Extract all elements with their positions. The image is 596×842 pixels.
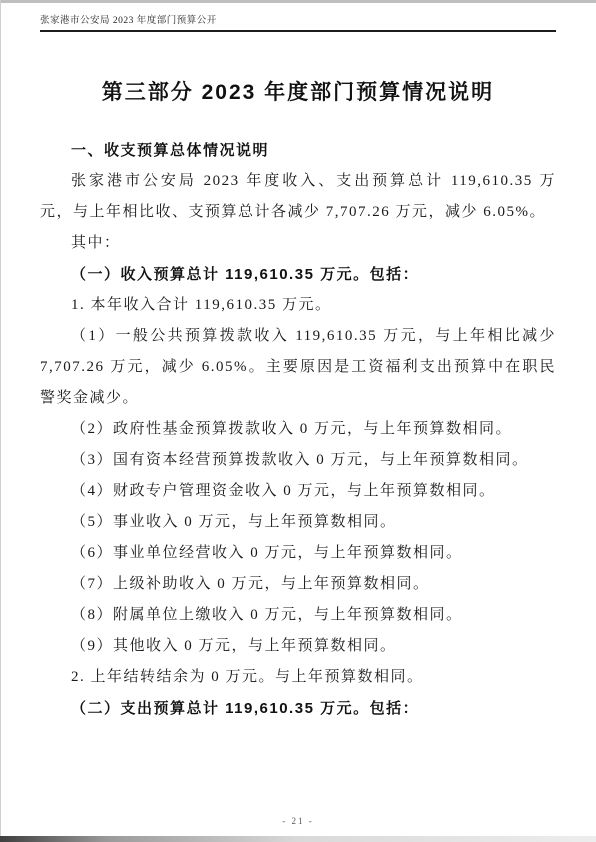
paragraph: （6）事业单位经营收入 0 万元，与上年预算数相同。 <box>40 538 556 569</box>
paragraph: 2. 上年结转结余为 0 万元。与上年预算数相同。 <box>40 662 556 693</box>
page-footer: - 21 - <box>0 816 596 826</box>
subsection-heading-income: （一）收入预算总计 119,610.35 万元。包括： <box>40 259 556 290</box>
paragraph: （9）其他收入 0 万元，与上年预算数相同。 <box>40 631 556 662</box>
paragraph: （7）上级补助收入 0 万元，与上年预算数相同。 <box>40 569 556 600</box>
paragraph: （4）财政专户管理资金收入 0 万元，与上年预算数相同。 <box>40 476 556 507</box>
page-edge-bottom <box>0 836 596 842</box>
page-edge-left <box>0 0 1 842</box>
section-heading: 一、收支预算总体情况说明 <box>71 135 556 166</box>
paragraph: 1. 本年收入合计 119,610.35 万元。 <box>40 290 556 321</box>
page-edge-top <box>0 0 596 3</box>
document-title: 第三部分 2023 年度部门预算情况说明 <box>0 76 596 106</box>
document-body: 一、收支预算总体情况说明 张家港市公安局 2023 年度收入、支出预算总计 11… <box>40 135 556 724</box>
document-page: 张家港市公安局 2023 年度部门预算公开 第三部分 2023 年度部门预算情况… <box>0 0 596 842</box>
subsection-heading-expenditure: （二）支出预算总计 119,610.35 万元。包括： <box>40 693 556 724</box>
running-header: 张家港市公安局 2023 年度部门预算公开 <box>40 12 556 32</box>
paragraph: （1）一般公共预算拨款收入 119,610.35 万元，与上年相比减少 7,70… <box>40 321 556 414</box>
paragraph: （8）附属单位上缴收入 0 万元，与上年预算数相同。 <box>40 600 556 631</box>
paragraph: （2）政府性基金预算拨款收入 0 万元，与上年预算数相同。 <box>40 414 556 445</box>
paragraph: （5）事业收入 0 万元，与上年预算数相同。 <box>40 507 556 538</box>
paragraph: 张家港市公安局 2023 年度收入、支出预算总计 119,610.35 万元，与… <box>40 166 556 228</box>
page-number: - 21 - <box>282 816 314 826</box>
paragraph: 其中： <box>40 228 556 259</box>
running-header-text: 张家港市公安局 2023 年度部门预算公开 <box>40 16 217 26</box>
paragraph: （3）国有资本经营预算拨款收入 0 万元，与上年预算数相同。 <box>40 445 556 476</box>
